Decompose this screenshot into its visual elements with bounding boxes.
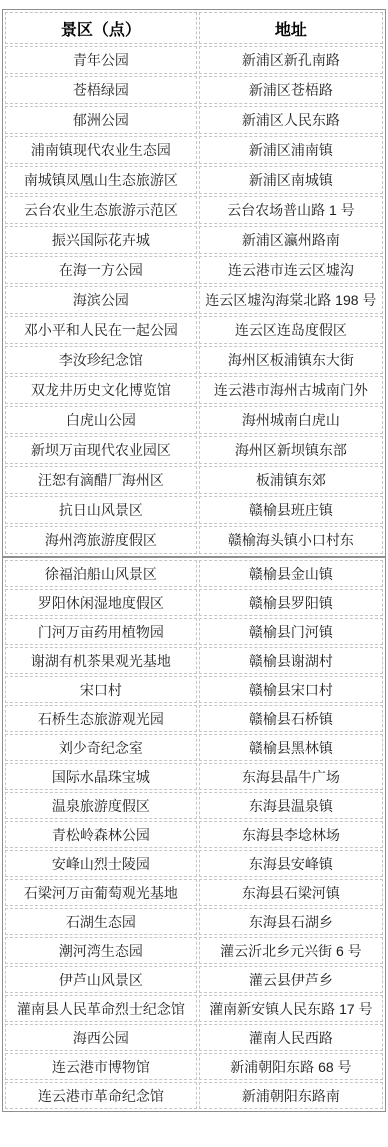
spot-name-cell: 石梁河万亩葡萄观光基地 — [5, 879, 197, 906]
spot-name-cell: 徐福泊船山风景区 — [5, 560, 197, 587]
address-cell: 东海县晶牛广场 — [199, 763, 383, 790]
table-row: 在海一方公园连云港市连云区墟沟 — [5, 256, 383, 284]
table-row: 徐福泊船山风景区赣榆县金山镇 — [5, 560, 383, 587]
spot-name-cell: 邓小平和人民在一起公园 — [5, 316, 197, 344]
spot-name-cell: 双龙井历史文化博览馆 — [5, 376, 197, 404]
spot-name-cell: 刘少奇纪念室 — [5, 734, 197, 761]
table-row: 石湖生态园东海县石湖乡 — [5, 908, 383, 935]
address-cell: 灌云县伊芦乡 — [199, 966, 383, 993]
spot-name-cell: 潮河湾生态园 — [5, 937, 197, 964]
table-row: 连云港市博物馆新浦朝阳东路 68 号 — [5, 1053, 383, 1080]
spot-name-cell: 振兴国际花卉城 — [5, 226, 197, 254]
header-spot-name: 景区（点） — [5, 12, 197, 44]
spot-name-cell: 门河万亩药用植物园 — [5, 618, 197, 645]
spot-name-cell: 郁洲公园 — [5, 106, 197, 134]
spot-name-cell: 灌南县人民革命烈士纪念馆 — [5, 995, 197, 1022]
address-cell: 赣榆县罗阳镇 — [199, 589, 383, 616]
table-row: 浦南镇现代农业生态园新浦区浦南镇 — [5, 136, 383, 164]
table-row: 门河万亩药用植物园赣榆县门河镇 — [5, 618, 383, 645]
table-row: 白虎山公园海州城南白虎山 — [5, 406, 383, 434]
table-row: 青年公园新浦区新孔南路 — [5, 46, 383, 74]
spot-name-cell: 汪恕有滴醋厂海州区 — [5, 466, 197, 494]
spot-name-cell: 南城镇凤凰山生态旅游区 — [5, 166, 197, 194]
address-cell: 赣榆县宋口村 — [199, 676, 383, 703]
spot-name-cell: 抗日山风景区 — [5, 496, 197, 524]
address-cell: 连云区连岛度假区 — [199, 316, 383, 344]
address-cell: 灌南新安镇人民东路 17 号 — [199, 995, 383, 1022]
spot-name-cell: 温泉旅游度假区 — [5, 792, 197, 819]
header-address: 地址 — [199, 12, 383, 44]
scenic-spots-table-lower: 徐福泊船山风景区赣榆县金山镇罗阳休闲湿地度假区赣榆县罗阳镇门河万亩药用植物园赣榆… — [2, 557, 386, 1112]
address-cell: 板浦镇东郊 — [199, 466, 383, 494]
address-cell: 东海县安峰镇 — [199, 850, 383, 877]
address-cell: 新浦区浦南镇 — [199, 136, 383, 164]
table-row: 海西公园灌南人民西路 — [5, 1024, 383, 1051]
table-row: 罗阳休闲湿地度假区赣榆县罗阳镇 — [5, 589, 383, 616]
spot-name-cell: 浦南镇现代农业生态园 — [5, 136, 197, 164]
table-row: 双龙井历史文化博览馆连云港市海州古城南门外 — [5, 376, 383, 404]
table-row: 抗日山风景区赣榆县班庄镇 — [5, 496, 383, 524]
spot-name-cell: 青年公园 — [5, 46, 197, 74]
address-cell: 海州城南白虎山 — [199, 406, 383, 434]
spot-name-cell: 国际水晶珠宝城 — [5, 763, 197, 790]
address-cell: 东海县石梁河镇 — [199, 879, 383, 906]
address-cell: 新浦区南城镇 — [199, 166, 383, 194]
table-row: 灌南县人民革命烈士纪念馆灌南新安镇人民东路 17 号 — [5, 995, 383, 1022]
table-row: 刘少奇纪念室赣榆县黑林镇 — [5, 734, 383, 761]
spot-name-cell: 石湖生态园 — [5, 908, 197, 935]
address-cell: 赣榆海头镇小口村东 — [199, 526, 383, 554]
spot-name-cell: 云台农业生态旅游示范区 — [5, 196, 197, 224]
table-row: 伊芦山风景区灌云县伊芦乡 — [5, 966, 383, 993]
table-row: 国际水晶珠宝城东海县晶牛广场 — [5, 763, 383, 790]
address-cell: 赣榆县石桥镇 — [199, 705, 383, 732]
address-cell: 海州区板浦镇东大街 — [199, 346, 383, 374]
address-cell: 灌云沂北乡元兴街 6 号 — [199, 937, 383, 964]
address-cell: 海州区新坝镇东部 — [199, 436, 383, 464]
table-row: 云台农业生态旅游示范区云台农场普山路 1 号 — [5, 196, 383, 224]
spot-name-cell: 海州湾旅游度假区 — [5, 526, 197, 554]
spot-name-cell: 海西公园 — [5, 1024, 197, 1051]
table-row: 石梁河万亩葡萄观光基地东海县石梁河镇 — [5, 879, 383, 906]
table-row: 苍梧绿园新浦区苍梧路 — [5, 76, 383, 104]
address-cell: 连云港市连云区墟沟 — [199, 256, 383, 284]
address-cell: 东海县温泉镇 — [199, 792, 383, 819]
table-row: 宋口村赣榆县宋口村 — [5, 676, 383, 703]
spot-name-cell: 青松岭森林公园 — [5, 821, 197, 848]
table-row: 温泉旅游度假区东海县温泉镇 — [5, 792, 383, 819]
header-row: 景区（点） 地址 — [5, 12, 383, 44]
scenic-spots-table-upper: 景区（点） 地址 青年公园新浦区新孔南路苍梧绿园新浦区苍梧路郁洲公园新浦区人民东… — [2, 9, 386, 557]
address-cell: 东海县李埝林场 — [199, 821, 383, 848]
table-row: 青松岭森林公园东海县李埝林场 — [5, 821, 383, 848]
spot-name-cell: 安峰山烈士陵园 — [5, 850, 197, 877]
scenic-spots-table-container: 景区（点） 地址 青年公园新浦区新孔南路苍梧绿园新浦区苍梧路郁洲公园新浦区人民东… — [0, 0, 388, 1112]
address-cell: 东海县石湖乡 — [199, 908, 383, 935]
spot-name-cell: 罗阳休闲湿地度假区 — [5, 589, 197, 616]
address-cell: 新浦区瀛州路南 — [199, 226, 383, 254]
address-cell: 连云区墟沟海棠北路 198 号 — [199, 286, 383, 314]
address-cell: 新浦朝阳东路 68 号 — [199, 1053, 383, 1080]
spot-name-cell: 谢湖有机茶果观光基地 — [5, 647, 197, 674]
table-row: 李汝珍纪念馆海州区板浦镇东大街 — [5, 346, 383, 374]
spot-name-cell: 苍梧绿园 — [5, 76, 197, 104]
address-cell: 赣榆县班庄镇 — [199, 496, 383, 524]
table-row: 海州湾旅游度假区赣榆海头镇小口村东 — [5, 526, 383, 554]
address-cell: 赣榆县门河镇 — [199, 618, 383, 645]
address-cell: 赣榆县金山镇 — [199, 560, 383, 587]
address-cell: 云台农场普山路 1 号 — [199, 196, 383, 224]
table-row: 安峰山烈士陵园东海县安峰镇 — [5, 850, 383, 877]
table-row: 连云港市革命纪念馆新浦朝阳东路南 — [5, 1082, 383, 1109]
address-cell: 连云港市海州古城南门外 — [199, 376, 383, 404]
table-row: 邓小平和人民在一起公园连云区连岛度假区 — [5, 316, 383, 344]
table-row: 新坝万亩现代农业园区海州区新坝镇东部 — [5, 436, 383, 464]
table-row: 石桥生态旅游观光园赣榆县石桥镇 — [5, 705, 383, 732]
spot-name-cell: 海滨公园 — [5, 286, 197, 314]
spot-name-cell: 白虎山公园 — [5, 406, 197, 434]
address-cell: 灌南人民西路 — [199, 1024, 383, 1051]
spot-name-cell: 石桥生态旅游观光园 — [5, 705, 197, 732]
spot-name-cell: 宋口村 — [5, 676, 197, 703]
spot-name-cell: 连云港市革命纪念馆 — [5, 1082, 197, 1109]
spot-name-cell: 李汝珍纪念馆 — [5, 346, 197, 374]
spot-name-cell: 新坝万亩现代农业园区 — [5, 436, 197, 464]
spot-name-cell: 伊芦山风景区 — [5, 966, 197, 993]
table-row: 振兴国际花卉城新浦区瀛州路南 — [5, 226, 383, 254]
address-cell: 赣榆县黑林镇 — [199, 734, 383, 761]
table-row: 郁洲公园新浦区人民东路 — [5, 106, 383, 134]
spot-name-cell: 在海一方公园 — [5, 256, 197, 284]
address-cell: 新浦区苍梧路 — [199, 76, 383, 104]
table-row: 谢湖有机茶果观光基地赣榆县谢湖村 — [5, 647, 383, 674]
address-cell: 新浦区人民东路 — [199, 106, 383, 134]
table-row: 海滨公园连云区墟沟海棠北路 198 号 — [5, 286, 383, 314]
address-cell: 新浦朝阳东路南 — [199, 1082, 383, 1109]
table-row: 南城镇凤凰山生态旅游区新浦区南城镇 — [5, 166, 383, 194]
address-cell: 新浦区新孔南路 — [199, 46, 383, 74]
address-cell: 赣榆县谢湖村 — [199, 647, 383, 674]
table-row: 汪恕有滴醋厂海州区板浦镇东郊 — [5, 466, 383, 494]
spot-name-cell: 连云港市博物馆 — [5, 1053, 197, 1080]
table-row: 潮河湾生态园灌云沂北乡元兴街 6 号 — [5, 937, 383, 964]
